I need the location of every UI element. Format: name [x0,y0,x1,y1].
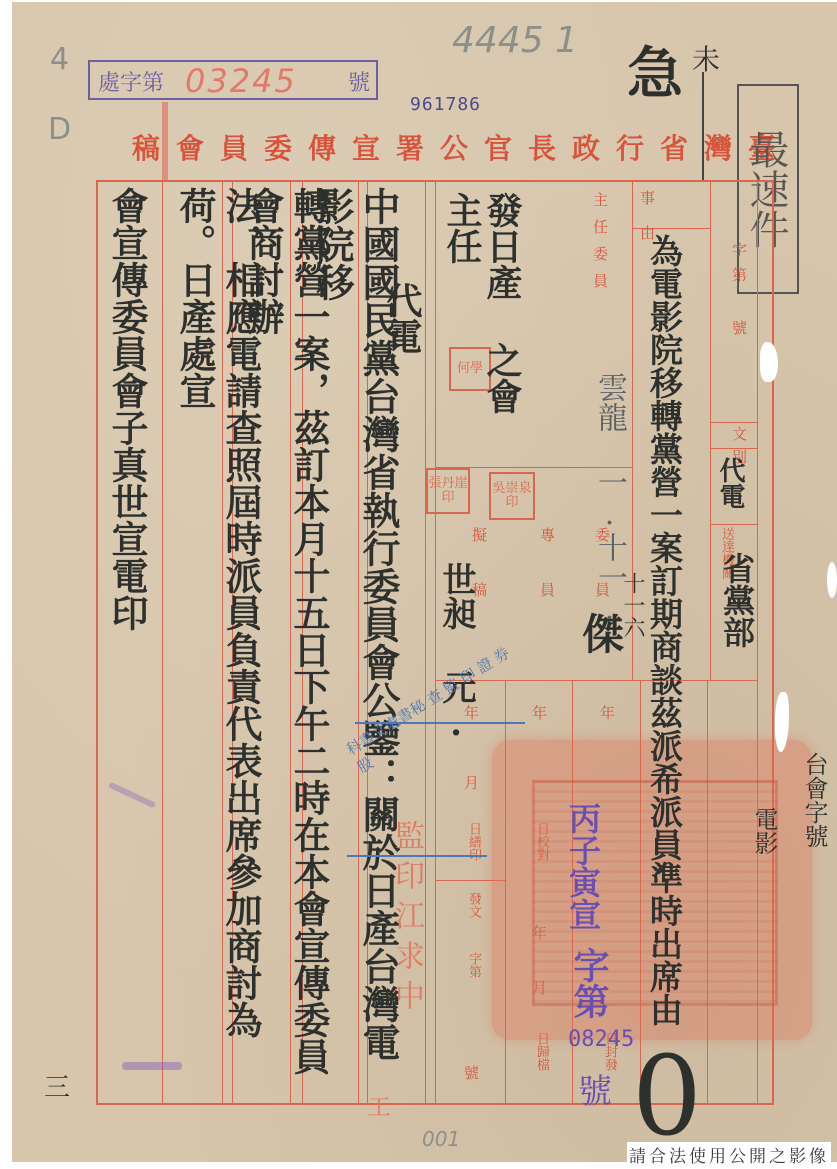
paper-tear [827,562,837,598]
blue-line [355,722,525,724]
recipient-value: 省黨部 [714,552,760,648]
label-number-suffix: 號 [464,1062,479,1083]
commissioner-signature: 傑 [582,602,624,662]
label-year-2: 年 [532,702,547,723]
receipt-suffix: 號 [348,66,370,97]
dispatch-stamp-line2: 字第 [564,947,615,1019]
label-year-4: 年 [600,702,615,723]
dispatch-number: 08245 [568,1027,634,1052]
rule-line [710,180,711,680]
small-mark: 未 [692,38,720,78]
dispatch-stamp-line1: 丙子寅宣 [560,802,606,930]
red-vertical-stamp: 監印江求中 [384,820,428,1020]
review-note: 發日產 之會 主任 [442,192,522,452]
side-note-right: 台會字號 [797,752,832,848]
subject-text: 為電影院移轉黨營一案訂期商談茲派希派員準時出席由 [644,234,684,1084]
label-month: 月 [464,772,479,793]
label-dispatch-number: 字第 [464,952,483,978]
rule-line [710,524,757,525]
dispatch-suffix: 號 [578,1064,612,1113]
doc-type-value: 代電 [712,457,749,509]
big-zero-mark: 0 [632,1032,702,1160]
label-doc-number: 字第 號 [729,242,750,345]
side-note-film: 電影 [747,807,782,855]
paper-tear [760,342,778,382]
urgent-mark: 急 [627,30,683,110]
receipt-number: 03245 [185,62,297,100]
body-column-3: 法，相應電請查照屆時派員負責代表出席參加商討為荷。日產處宣 [172,187,264,1092]
label-chief-commissioner: 主任委員 [590,192,611,300]
serial-number: 961786 [410,94,481,115]
letterhead-title: 臺灣省行政長官公署宣傳委員會稿 [132,127,792,167]
label-specialist: 專員 [537,527,558,637]
page-mark-bottom-left: 三 [44,1067,70,1104]
rule-line [710,422,757,423]
footer-notice: 請合法使用公開之影像 [627,1142,831,1167]
personal-seal: 吳崇泉印 [489,472,535,520]
receipt-number-stamp: 處字第 03245 號 [88,60,378,100]
small-red-mark: 工 [367,1087,391,1122]
ink-line [702,72,704,182]
margin-mark-left: 4 D [42,42,77,147]
archival-document-page: 4 D 處字第 03245 號 4445 1 961786 臺灣省行政長官公署宣… [12,2,837,1162]
chief-commissioner-signature: 雲龍 一.十一. [587,372,631,627]
receipt-prefix: 處字第 [98,66,164,97]
rule-line [162,180,163,1105]
body-column-4: 會宣傳委員會子真世宣電印 [104,187,150,747]
page-number: 001 [422,1127,460,1151]
pencil-note-top: 4445 1 [452,20,578,61]
purple-smudge [122,1062,182,1070]
label-dispatch: 發文 [464,892,483,918]
personal-seal: 張丹崖印 [426,468,470,514]
